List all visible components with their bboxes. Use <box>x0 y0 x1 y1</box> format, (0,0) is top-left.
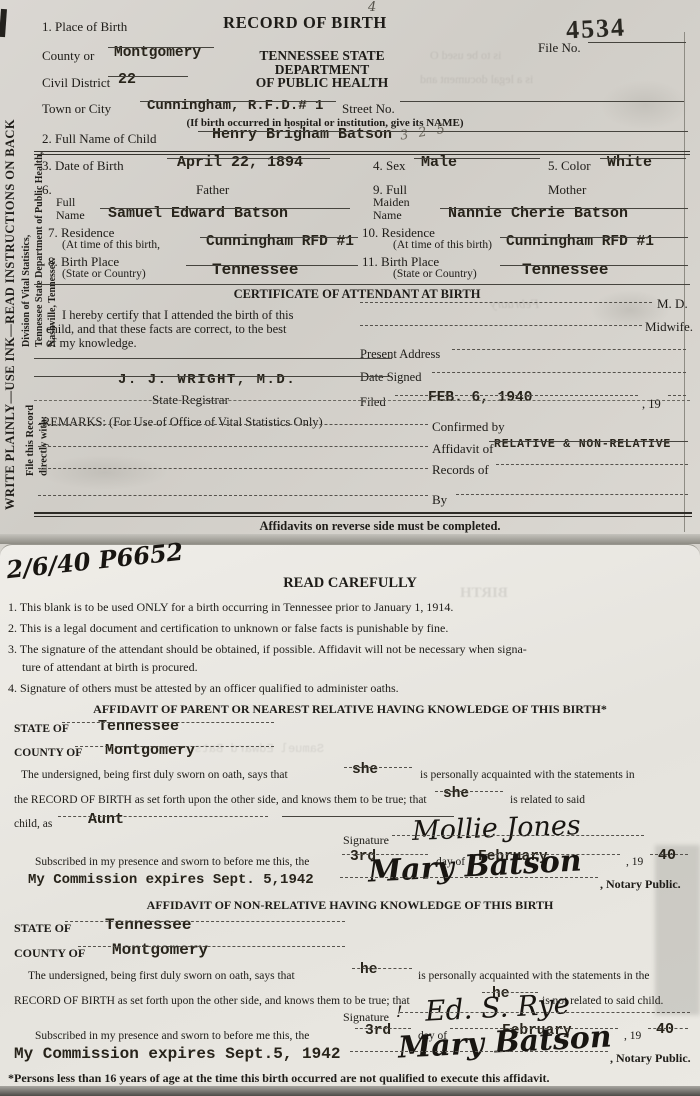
scan-shadow-band <box>655 845 700 1015</box>
affidavit-relative-title: AFFIDAVIT OF PARENT OR NEAREST RELATIVE … <box>60 703 640 716</box>
state-of-label: STATE OF <box>14 922 71 935</box>
mother-residence-line <box>500 237 688 238</box>
relationship-value: Aunt <box>88 812 124 828</box>
signature-label: Signature <box>343 834 389 847</box>
affidavit-paragraph-line1b: is personally acquainted with the statem… <box>418 970 650 982</box>
mother-birthplace-line <box>500 265 688 266</box>
pronoun-value: she <box>352 763 378 778</box>
midwife-signature-line <box>360 325 642 326</box>
nonrelative-signature: Ed. S. Rye <box>424 989 570 1026</box>
state-of-value: Tennessee <box>105 917 191 934</box>
sidebar-line: WRITE PLAINLY—USE INK—READ INSTRUCTIONS … <box>2 28 18 510</box>
affidavit-of-line <box>489 441 688 442</box>
signature-label: Signature <box>343 1011 389 1024</box>
instruction-item: 2. This is a legal document and certific… <box>8 622 448 635</box>
father-number: 6. <box>42 183 52 197</box>
father-birthplace-line <box>186 265 358 266</box>
state-of-label: STATE OF <box>14 723 69 735</box>
day-line <box>355 1028 411 1029</box>
reverse-side-footer: Affidavits on reverse side must be compl… <box>180 520 580 533</box>
dob-line <box>167 158 330 159</box>
mother-birthplace-label: 11. Birth Place <box>362 255 439 269</box>
bottom-double-rule <box>34 512 692 517</box>
instruction-item-continued: ture of attendant at birth is procured. <box>22 661 198 674</box>
instruction-item: 4. Signature of others must be attested … <box>8 682 399 695</box>
date-signed-label: Date Signed <box>360 371 421 384</box>
day-value: 3rd <box>365 1024 391 1039</box>
remarks-blank-line <box>38 446 428 447</box>
pronoun-value: he <box>360 963 377 978</box>
mother-maiden-label: Maiden <box>373 196 410 209</box>
father-birthplace-sub: (State or Country) <box>62 268 146 280</box>
child-name-value: Henry Brigham Batson <box>212 127 392 143</box>
mother-residence-label: 10. Residence <box>362 226 435 240</box>
mother-name-label: Name <box>373 209 402 222</box>
section-double-rule <box>34 151 690 155</box>
year-prefix: , 19 <box>626 856 643 868</box>
affidavit-of-label: Affidavit of <box>432 442 494 456</box>
signature-line <box>400 1012 690 1013</box>
registrar-line-bottom <box>34 376 392 377</box>
notary-public-label: , Notary Public. <box>610 1052 691 1065</box>
registrar-line-top <box>34 358 392 359</box>
by-label: By <box>432 493 447 507</box>
street-line <box>400 101 684 102</box>
certify-text-line2: child, and that these facts are correct,… <box>46 323 287 336</box>
county-value: Montgomery <box>114 46 201 61</box>
sidebar-line: Division of Vital Statistics, <box>20 55 33 347</box>
year-value: 40 <box>656 1022 674 1038</box>
md-signature-line <box>360 302 652 303</box>
page-seam <box>0 534 700 544</box>
department-name-line2: OF PUBLIC HEALTH <box>213 76 431 90</box>
father-name-label: Name <box>56 209 85 222</box>
bleed-through-text: BIRTH <box>460 585 508 602</box>
remarks-label: REMARKS: (For Use of Office of Vital Sta… <box>42 416 323 429</box>
sex-line <box>414 158 540 159</box>
remarks-blank-line <box>38 468 428 469</box>
department-name-line1: TENNESSEE STATE DEPARTMENT <box>213 49 431 77</box>
child-as-label: child, as <box>14 818 52 830</box>
present-address-label: Present Address <box>360 348 440 361</box>
relative-signature: Mollie Jones <box>412 812 582 846</box>
records-of-label: Records of <box>432 463 489 477</box>
child-name-label: 2. Full Name of Child <box>42 132 156 146</box>
filed-value: FEB. 6, 1940 <box>428 391 532 406</box>
certify-text-line1: I hereby certify that I attended the bir… <box>62 309 294 322</box>
affidavit-paragraph-line1b: is personally acquainted with the statem… <box>420 769 635 781</box>
commission-text: My Commission expires Sept.5, 1942 <box>14 1046 340 1063</box>
civil-district-value: 22 <box>118 72 136 88</box>
notary-signature-line <box>340 877 598 878</box>
mother-name-line <box>440 208 688 209</box>
confirmed-by-label: Confirmed by <box>432 420 505 434</box>
county-line <box>108 47 214 48</box>
state-of-line <box>62 722 274 723</box>
town-line <box>140 101 336 102</box>
remarks-blank-line <box>38 495 428 496</box>
sidebar-line: Tennessee State Department of Public Hea… <box>33 55 46 347</box>
subscribed-text: Subscribed in my presence and sworn to b… <box>35 1030 309 1042</box>
age-footnote: *Persons less than 16 years of age at th… <box>8 1072 550 1085</box>
father-name-line <box>100 208 350 209</box>
pronoun-value: she <box>443 787 469 802</box>
county-of-value: Montgomery <box>112 942 208 959</box>
father-residence-line <box>200 237 358 238</box>
notary-signature-line <box>350 1051 608 1052</box>
civil-district-label: Civil District <box>42 76 110 90</box>
remarks-blank-line <box>38 424 428 425</box>
section-rule <box>34 284 690 285</box>
attendant-certificate-title: CERTIFICATE OF ATTENDANT AT BIRTH <box>177 288 537 301</box>
affidavit-paragraph-line1a: The undersigned, being first duly sworn … <box>28 970 295 982</box>
county-of-label: COUNTY OF <box>14 747 82 759</box>
certify-text-line3: of my knowledge. <box>46 337 137 350</box>
father-residence-label: 7. Residence <box>48 226 114 240</box>
records-of-line <box>496 464 688 465</box>
file-number-line <box>588 42 686 43</box>
sex-label: 4. Sex <box>373 159 406 173</box>
affidavit-nonrelative-title: AFFIDAVIT OF NON-RELATIVE HAVING KNOWLED… <box>70 899 630 912</box>
county-of-label: COUNTY OF <box>14 947 85 960</box>
child-name-line <box>198 131 688 132</box>
instruction-item: 1. This blank is to be used ONLY for a b… <box>8 601 453 614</box>
year-prefix: , 19 <box>624 1030 641 1042</box>
sidebar-line: File this Record <box>24 368 38 476</box>
mother-birthplace-sub: (State or Country) <box>393 268 477 280</box>
civil-district-line <box>108 76 188 77</box>
affidavit-paragraph-line1a: The undersigned, being first duly sworn … <box>21 769 288 781</box>
sidebar-division-address: Division of Vital Statistics, Tennessee … <box>20 55 59 347</box>
midwife-label: Midwife. <box>645 320 693 334</box>
notary-public-label: , Notary Public. <box>600 878 681 891</box>
dob-label: 3. Date of Birth <box>42 159 124 173</box>
date-signed-line <box>432 372 686 373</box>
father-residence-sub: (At time of this birth, <box>62 239 160 251</box>
affidavit-paragraph-line2a: the RECORD OF BIRTH as set forth upon th… <box>14 794 427 806</box>
pronoun-line <box>344 767 412 768</box>
sidebar-write-plainly-note: WRITE PLAINLY—USE INK—READ INSTRUCTIONS … <box>2 28 18 510</box>
county-of-line <box>78 946 345 947</box>
bleed-through-text: is to be used O <box>430 48 501 63</box>
filed-label: Filed <box>360 396 386 409</box>
form-title: RECORD OF BIRTH <box>215 14 395 31</box>
father-full-label: Full <box>56 196 75 209</box>
pronoun-line <box>352 968 412 969</box>
color-label: 5. Color <box>548 159 591 173</box>
scanned-birth-record: is to be used O is a legal document and … <box>0 0 700 1096</box>
md-label: M. D. <box>657 297 688 311</box>
father-heading: Father <box>196 183 229 197</box>
year-value: 40 <box>658 848 676 864</box>
pronoun-line <box>435 791 503 792</box>
affidavit-paragraph-line2a: RECORD OF BIRTH as set forth upon the ot… <box>14 995 410 1007</box>
street-label: Street No. <box>342 102 395 116</box>
signature-line <box>392 835 644 836</box>
instruction-item: 3. The signature of the attendant should… <box>8 643 527 656</box>
filed-line <box>395 395 638 396</box>
father-birthplace-label: 8. Birth Place <box>48 255 119 269</box>
bottom-scan-strip <box>0 1086 700 1096</box>
subscribed-text: Subscribed in my presence and sworn to b… <box>35 856 309 868</box>
bleed-through-text: is a legal document and <box>420 72 533 87</box>
state-of-line <box>65 921 345 922</box>
by-line <box>456 494 688 495</box>
file-number-label: File No. <box>538 41 581 55</box>
field-label-place-of-birth: 1. Place of Birth <box>42 20 127 34</box>
bleed-through-text: Samuel Edward Batson <box>180 742 324 756</box>
right-page-edge <box>684 32 685 532</box>
county-label: County or <box>42 49 94 63</box>
relationship-line <box>58 816 268 817</box>
town-label: Town or City <box>42 102 111 116</box>
filed-year-line <box>668 395 686 396</box>
year-line <box>650 854 688 855</box>
read-carefully-title: READ CAREFULLY <box>250 576 450 591</box>
present-address-line <box>452 349 686 350</box>
mother-heading: Mother <box>548 183 586 197</box>
commission-text: My Commission expires Sept. 5,1942 <box>28 873 314 888</box>
county-of-line <box>75 746 274 747</box>
affidavit-paragraph-line2b: is related to said <box>510 794 585 806</box>
year-line <box>648 1028 688 1029</box>
mother-residence-sub: (At time of this birth) <box>393 239 492 251</box>
registrar-footer-line <box>34 400 690 401</box>
color-line <box>600 158 686 159</box>
